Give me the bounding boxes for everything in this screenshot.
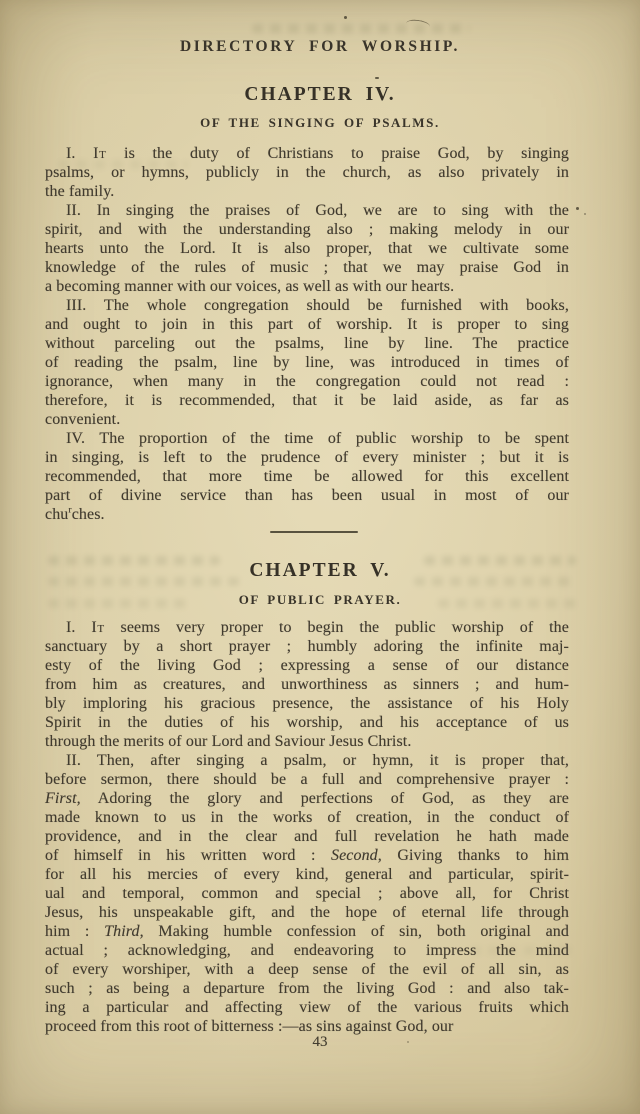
text-line: ual and temporal, common and special ; a…	[45, 884, 569, 903]
paragraph: I. It is the duty of Christians to prais…	[45, 144, 569, 201]
text-line: First, Adoring the glory and perfections…	[45, 789, 569, 808]
text-line: I. It seems very proper to begin the pub…	[45, 618, 569, 637]
text-line: and ought to join in this part of worshi…	[45, 315, 569, 334]
paragraph: I. It seems very proper to begin the pub…	[45, 618, 569, 751]
chapter-4-body: I. It is the duty of Christians to prais…	[45, 144, 569, 524]
text-line: Jesus, his unspeakable gift, and the hop…	[45, 903, 569, 922]
scanned-book-page: DIRECTORY FOR WORSHIP. CHAPTER IV. OF TH…	[0, 0, 640, 1114]
text-line: from him as creatures, and unworthiness …	[45, 675, 569, 694]
text-line: therefore, it is recommended, that it be…	[45, 391, 569, 410]
text-line: him : Third, Making humble confession of…	[45, 922, 569, 941]
text-line: without parceling out the psalms, line b…	[45, 334, 569, 353]
text-line: of reading the psalm, line by line, was …	[45, 353, 569, 372]
chapter-4-subtitle: OF THE SINGING OF PSALMS.	[0, 115, 640, 131]
text-line: part of divine service than has been usu…	[45, 486, 569, 505]
text-line: of every worshiper, with a deep sense of…	[45, 960, 569, 979]
text-line: recommended, that more time be allowed f…	[45, 467, 569, 486]
ink-speck	[375, 77, 379, 79]
text-line: Spirit in the duties of his worship, and…	[45, 713, 569, 732]
text-line: esty of the living God ; expressing a se…	[45, 656, 569, 675]
text-line: knowledge of the rules of music ; that w…	[45, 258, 569, 277]
text-line: made known to us in the works of creatio…	[45, 808, 569, 827]
text-line: bly imploring his gracious presence, the…	[45, 694, 569, 713]
bleedthrough-smudge	[252, 24, 470, 33]
text-line: ing a particular and affecting view of t…	[45, 998, 569, 1017]
page-number: 43	[0, 1034, 640, 1051]
chapter-5-subtitle: OF PUBLIC PRAYER.	[0, 592, 640, 608]
text-line: the family.	[45, 182, 569, 201]
running-head: DIRECTORY FOR WORSHIP.	[0, 38, 640, 56]
text-line: IV. The proportion of the time of public…	[45, 429, 569, 448]
text-line: actual ; acknowledging, and endeavoring …	[45, 941, 569, 960]
text-line: such ; as being a departure from the liv…	[45, 979, 569, 998]
text-line: III. The whole congregation should be fu…	[45, 296, 569, 315]
text-line: spirit, and with the understanding also …	[45, 220, 569, 239]
chapter-5-body: I. It seems very proper to begin the pub…	[45, 618, 569, 1036]
paragraph: II. Then, after singing a psalm, or hymn…	[45, 751, 569, 1036]
section-divider-rule	[270, 531, 358, 533]
text-line: II. In singing the praises of God, we ar…	[45, 201, 569, 220]
text-line: hearts unto the Lord. It is also proper,…	[45, 239, 569, 258]
paragraph: IV. The proportion of the time of public…	[45, 429, 569, 524]
text-line: of himself in his written word : Second,…	[45, 846, 569, 865]
text-line: churches.	[45, 505, 569, 524]
text-line: I. It is the duty of Christians to prais…	[45, 144, 569, 163]
text-line: a becoming manner with our voices, as we…	[45, 277, 569, 296]
text-line: psalms, or hymns, publicly in the church…	[45, 163, 569, 182]
paragraph: II. In singing the praises of God, we ar…	[45, 201, 569, 296]
text-line: providence, and in the clear and full re…	[45, 827, 569, 846]
text-line: ignorance, when many in the congregation…	[45, 372, 569, 391]
text-line: before sermon, there should be a full an…	[45, 770, 569, 789]
text-line: sanctuary by a short prayer ; humbly ado…	[45, 637, 569, 656]
chapter-4-title: CHAPTER IV.	[0, 84, 640, 106]
text-line: through the merits of our Lord and Savio…	[45, 732, 569, 751]
text-line: II. Then, after singing a psalm, or hymn…	[45, 751, 569, 770]
chapter-5-title: CHAPTER V.	[0, 560, 640, 582]
ink-speck	[584, 213, 586, 215]
paragraph: III. The whole congregation should be fu…	[45, 296, 569, 429]
ink-speck	[576, 207, 579, 210]
text-line: convenient.	[45, 410, 569, 429]
ink-speck	[344, 16, 347, 19]
text-line: in singing, is left to the prudence of e…	[45, 448, 569, 467]
text-line: for all his mercies of every kind, gener…	[45, 865, 569, 884]
